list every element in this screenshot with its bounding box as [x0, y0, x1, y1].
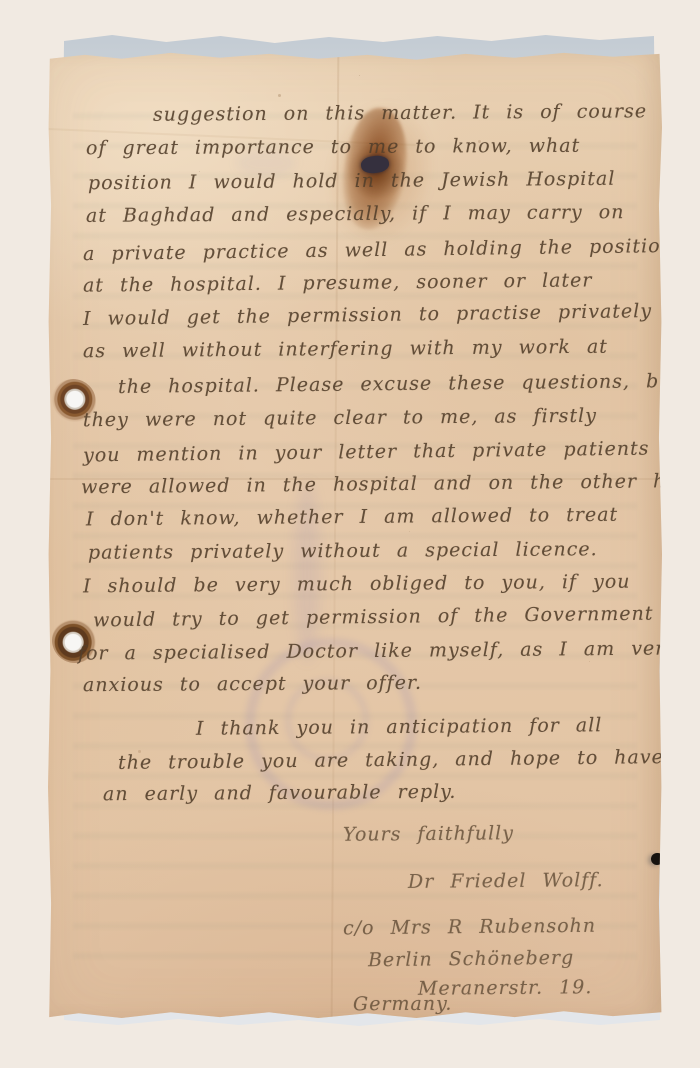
address-line-25: Berlin Schöneberg [368, 947, 574, 972]
letter-line-21: an early and favourable reply. [103, 781, 457, 805]
letter-line-20: the trouble you are taking, and hope to … [118, 746, 664, 774]
letter-line-1: suggestion on this matter. It is of cour… [153, 100, 647, 125]
letter-line-12: were allowed in the hospital and on the … [81, 470, 700, 499]
letter-line-18: anxious to accept your offer. [83, 672, 422, 696]
paper-freckles [48, 50, 51, 53]
letter-line-11: you mention in your letter that private … [83, 438, 650, 467]
letter-line-16: would try to get permission of the Gover… [93, 603, 654, 632]
letter-line-2: of great importance to me to know, what [86, 135, 580, 160]
letter-page: suggestion on this matter. It is of cour… [48, 50, 662, 1020]
letter-line-13: I don't know, whether I am allowed to tr… [86, 504, 618, 531]
letter-line-10: they were not quite clear to me, as firs… [83, 405, 597, 431]
letter-text: suggestion on this matter. It is of cour… [48, 50, 662, 1020]
letter-line-5: a private practice as well as holding th… [83, 235, 674, 265]
letter-line-6: at the hospital. I presume, sooner or la… [83, 269, 593, 296]
letter-line-17: for a specialised Doctor like myself, as… [78, 637, 677, 664]
scan-background: suggestion on this matter. It is of cour… [0, 0, 700, 1068]
address-line-27: Germany. [353, 993, 452, 1016]
letter-line-9: the hospital. Please excuse these questi… [118, 370, 681, 398]
letter-line-19: I thank you in anticipation for all [196, 714, 603, 740]
address-line-24: c/o Mrs R Rubensohn [343, 915, 596, 940]
letter-line-15: I should be very much obliged to you, if… [83, 571, 631, 598]
letter-line-7: I would get the permission to practise p… [83, 300, 652, 330]
letter-line-14: patients privately without a special lic… [88, 538, 598, 564]
signature-line-23: Dr Friedel Wolff. [408, 869, 604, 893]
letter-line-8: as well without interfering with my work… [83, 336, 608, 363]
closing-line-22: Yours faithfully [343, 822, 514, 845]
letter-line-4: at Baghdad and especially, if I may carr… [86, 201, 625, 227]
letter-line-3: position I would hold in the Jewish Hosp… [88, 168, 616, 195]
